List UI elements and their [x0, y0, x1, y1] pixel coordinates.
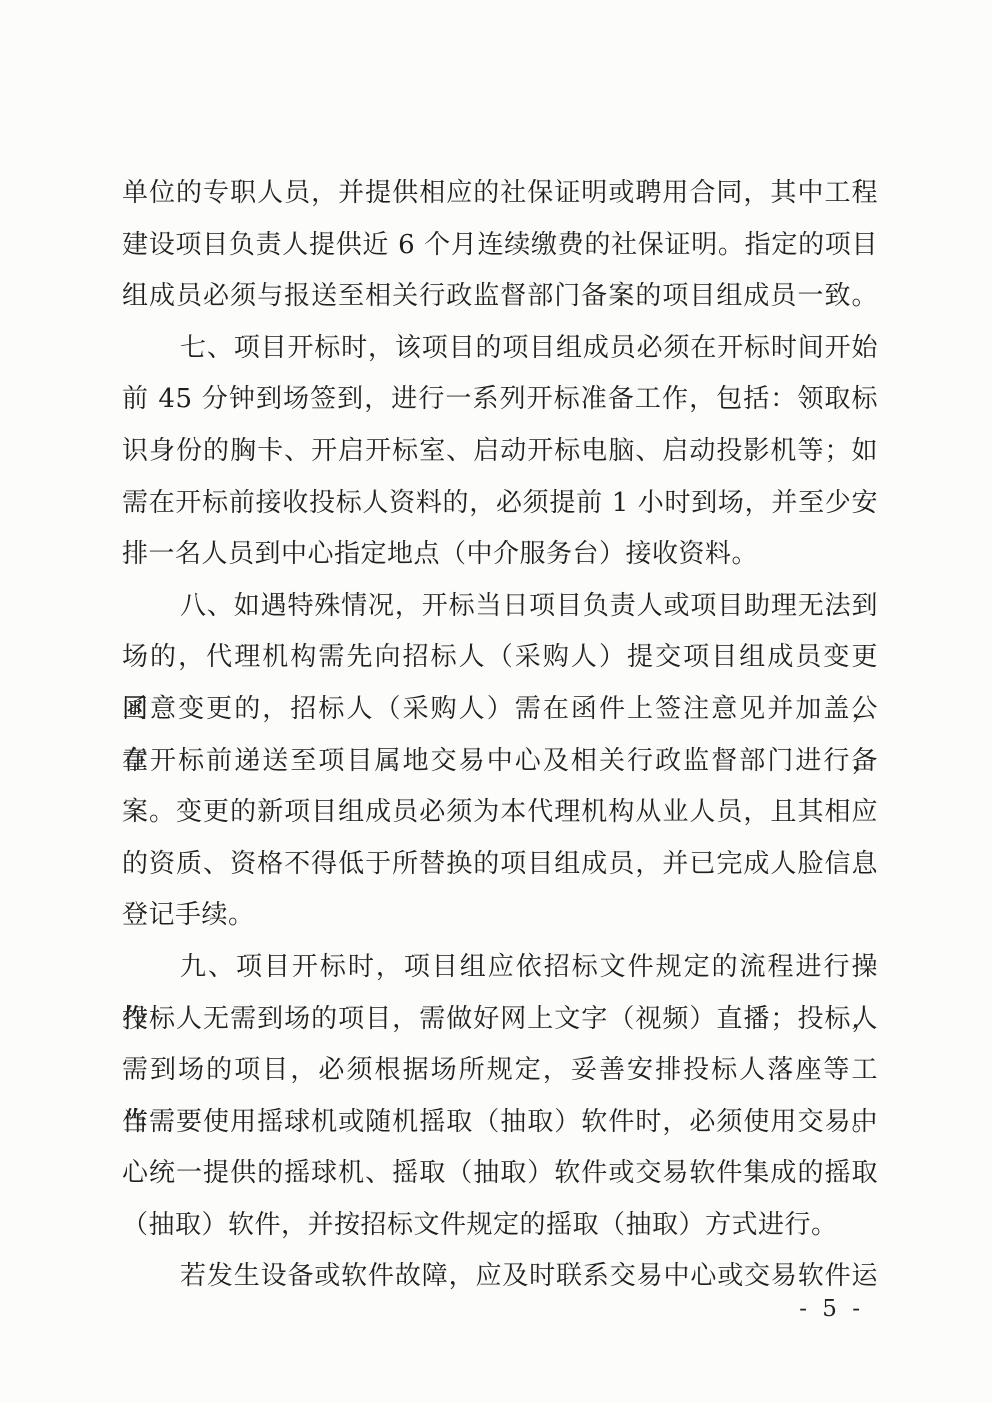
document-line: 九、项目开标时，项目组应依招标文件规定的流程进行操作， [122, 942, 878, 994]
document-line: 当需要使用摇球机或随机摇取（抽取）软件时，必须使用交易中 [122, 1097, 878, 1149]
document-line: 识身份的胸卡、开启开标室、启动开标电脑、启动投影机等；如 [122, 426, 878, 478]
document-line: （抽取）软件，并按招标文件规定的摇取（抽取）方式进行。 [122, 1200, 878, 1252]
document-line: 单位的专职人员，并提供相应的社保证明或聘用合同，其中工程 [122, 168, 878, 220]
document-line: 八、如遇特殊情况，开标当日项目负责人或项目助理无法到 [122, 581, 878, 633]
document-line: 需到场的项目，必须根据场所规定，妥善安排投标人落座等工作。 [122, 1045, 878, 1097]
document-line: 前 45 分钟到场签到，进行一系列开标准备工作，包括：领取标 [122, 374, 878, 426]
document-line: 投标人无需到场的项目，需做好网上文字（视频）直播；投标人 [122, 994, 878, 1046]
document-line: 组成员必须与报送至相关行政监督部门备案的项目组成员一致。 [122, 271, 878, 323]
document-line: 登记手续。 [122, 890, 878, 942]
document-line: 建设项目负责人提供近 6 个月连续缴费的社保证明。指定的项目 [122, 220, 878, 272]
document-line: 若发生设备或软件故障，应及时联系交易中心或交易软件运 [122, 1251, 878, 1303]
document-line: 场的，代理机构需先向招标人（采购人）提交项目组成员变更函， [122, 632, 878, 684]
document-line: 案。变更的新项目组成员必须为本代理机构从业人员，且其相应 [122, 787, 878, 839]
document-line: 的资质、资格不得低于所替换的项目组成员，并已完成人脸信息 [122, 839, 878, 891]
document-line: 七、项目开标时，该项目的项目组成员必须在开标时间开始 [122, 323, 878, 375]
document-line: 排一名人员到中心指定地点（中介服务台）接收资料。 [122, 529, 878, 581]
document-line: 心统一提供的摇球机、摇取（抽取）软件或交易软件集成的摇取 [122, 1148, 878, 1200]
document-line: 需在开标前接收投标人资料的，必须提前 1 小时到场，并至少安 [122, 478, 878, 530]
document-line: 同意变更的，招标人（采购人）需在函件上签注意见并加盖公章， [122, 684, 878, 736]
document-page: 单位的专职人员，并提供相应的社保证明或聘用合同，其中工程建设项目负责人提供近 6… [0, 0, 992, 1403]
document-line: 在开标前递送至项目属地交易中心及相关行政监督部门进行备 [122, 736, 878, 788]
document-body: 单位的专职人员，并提供相应的社保证明或聘用合同，其中工程建设项目负责人提供近 6… [122, 168, 878, 1303]
page-number: - 5 - [799, 1296, 864, 1322]
